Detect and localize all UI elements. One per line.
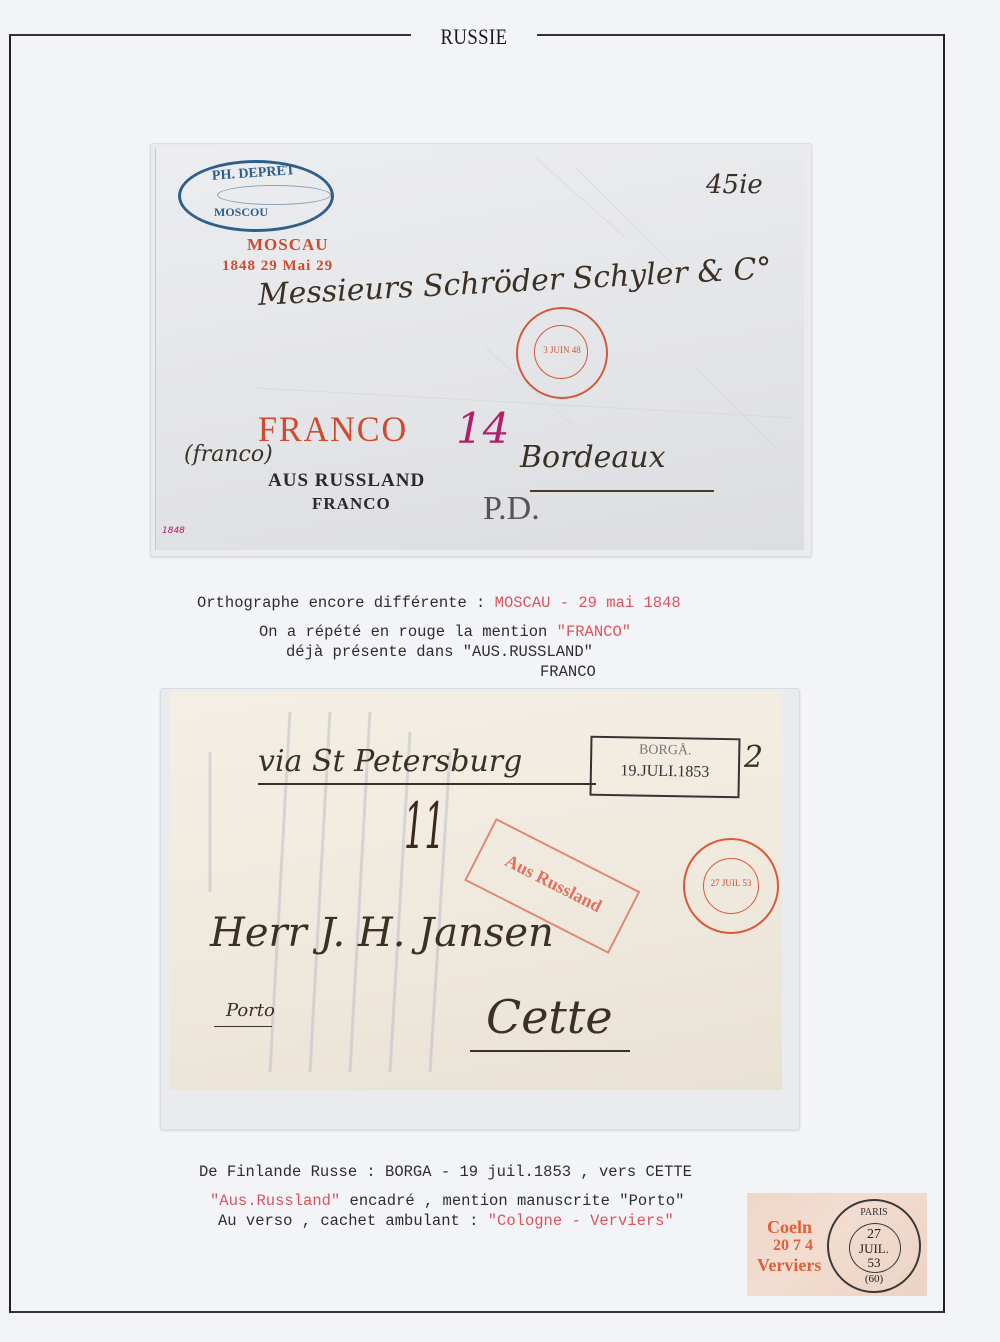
page-title: RUSSIE: [420, 24, 527, 50]
manuscript-2: 2: [744, 740, 763, 775]
pd-stamp: P.D.: [483, 490, 540, 528]
verso-detail-image: Coeln 20 7 4 Verviers PARIS 27 JUIL. 53 …: [747, 1193, 927, 1296]
aus-russland-stamp-line2: FRANCO: [312, 494, 391, 514]
borga-boxed-stamp: BORGÅ. 19.JULI.1853: [589, 736, 740, 799]
tax-manuscript-14: 14: [456, 404, 509, 453]
address-line-2: Bordeaux: [520, 440, 666, 475]
entry-stamp-prusse-2: 27 JUIL 53: [683, 838, 779, 934]
caption-2-line-3: Au verso , cachet ambulant : "Cologne - …: [218, 1212, 674, 1230]
route-underline: [258, 783, 596, 785]
cachet-line-2: MOSCOU: [214, 205, 268, 220]
caption-2-line-1: De Finlande Russe : BORGA - 19 juil.1853…: [199, 1163, 692, 1181]
franco-red-stamp: FRANCO: [258, 408, 408, 450]
caption-1-line-3: déjà présente dans "AUS.RUSSLAND": [286, 643, 593, 661]
ambulant-line-3: Verviers: [757, 1255, 821, 1276]
address-line-1: Herr J. H. Jansen: [210, 910, 554, 956]
ambulant-line-1: Coeln: [767, 1217, 812, 1238]
caption-2-line-2: "Aus.Russland" encadré , mention manuscr…: [210, 1192, 684, 1210]
address-underline-2: [470, 1050, 630, 1052]
manuscript-rate: 45ie: [706, 170, 763, 200]
route-manuscript: via St Petersburg: [258, 744, 522, 779]
ambulant-line-2: 20 7 4: [773, 1237, 813, 1255]
aus-russland-stamp-line1: AUS RUSSLAND: [268, 470, 425, 492]
porto-underline: [214, 1026, 272, 1027]
address-line-2: Cette: [486, 990, 613, 1044]
caption-1-line-2: On a répété en rouge la mention "FRANCO": [259, 623, 631, 641]
address-underline: [530, 490, 714, 492]
entry-stamp-prusse-1: 3 JUIN 48: [516, 307, 608, 399]
caption-1-line-4: FRANCO: [540, 663, 596, 681]
tax-mark-11: 11: [404, 790, 445, 864]
franco-manuscript: (franco): [184, 442, 273, 467]
year-pencil-note: 1848: [162, 526, 185, 536]
frame-top-rule-left: [9, 34, 411, 36]
porto-manuscript: Porto: [226, 1000, 275, 1021]
moscau-date-stamp: 1848 29 Mai 29: [222, 258, 333, 275]
frame-top-rule-right: [537, 34, 943, 36]
paris-datestamp: PARIS 27 JUIL. 53 (60): [827, 1199, 921, 1293]
cachet-inner-ring: [217, 185, 331, 205]
moscau-town-stamp: MOSCAU: [247, 235, 329, 255]
caption-1-line-1: Orthographe encore différente : MOSCAU -…: [197, 594, 681, 612]
